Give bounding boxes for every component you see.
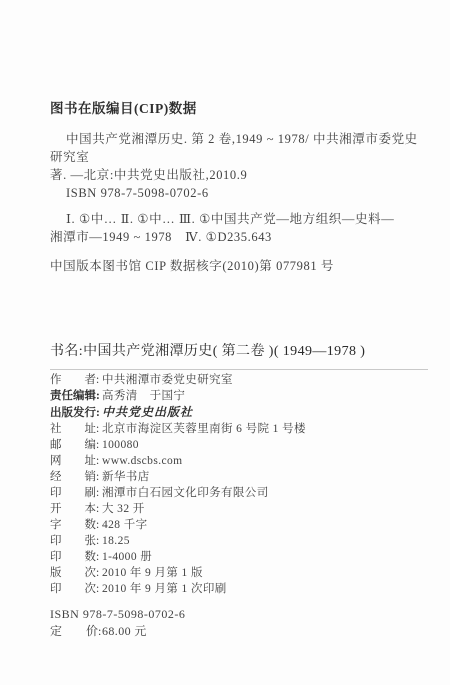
info-value: 2010 年 9 月第 1 版 [102,567,203,579]
info-value: 大 32 开 [102,503,145,515]
publisher-logotype: 中共党史出版社 [102,405,193,419]
info-row-impression: 印 次:2010 年 9 月第 1 次印刷 [50,581,428,597]
info-value: 100080 [102,439,139,451]
cip-isbn-line: ISBN 978-7-5098-0702-6 [50,184,426,202]
copyright-page: 图书在版编目(CIP)数据 中国共产党湘潭历史. 第 2 卷,1949 ~ 19… [0,0,450,685]
book-title-value: 中国共产党湘潭历史( 第二卷 )( 1949—1978 ) [83,344,365,359]
info-label: 出版发行: [50,405,102,421]
info-label: 印 刷: [50,485,102,501]
info-label: 版 次: [50,565,102,581]
info-label: 邮 编: [50,437,102,453]
info-label: 开 本: [50,501,102,517]
info-label: 字 数: [50,517,102,533]
website-url: www.dscbs.com [102,455,182,467]
cip-heading: 图书在版编目(CIP)数据 [50,97,426,117]
price-row: 定 价:68.00 元 [50,623,428,640]
info-value: 新华书店 [102,471,150,483]
book-title-label: 书名: [50,344,83,359]
isbn-line: ISBN 978-7-5098-0702-6 [50,606,428,623]
info-value: 中共湘潭市委党史研究室 [102,374,233,386]
isbn-price-block: ISBN 978-7-5098-0702-6 定 价:68.00 元 [50,606,428,640]
info-value: 高秀清 于国宁 [102,390,185,402]
cip-bibliography: 中国共产党湘潭历史. 第 2 卷,1949 ~ 1978/ 中共湘潭市委党史研究… [50,130,426,202]
info-row-website: 网 址:www.dscbs.com [50,453,428,469]
info-value: 北京市海淀区芙蓉里南街 6 号院 1 号楼 [102,423,306,435]
info-label: 社 址: [50,421,102,437]
cip-biblio-line: 著. —北京:中共党史出版社,2010.9 [50,166,426,184]
info-label: 印 张: [50,533,102,549]
info-value: 18.25 [102,535,130,547]
info-label: 网 址: [50,453,102,469]
info-row-sheets: 印 张:18.25 [50,533,428,549]
cip-biblio-line: 中国共产党湘潭历史. 第 2 卷,1949 ~ 1978/ 中共湘潭市委党史研究… [50,130,426,166]
info-row-printer: 印 刷:湘潭市白石园文化印务有限公司 [50,485,428,501]
cip-data-block: 图书在版编目(CIP)数据 中国共产党湘潭历史. 第 2 卷,1949 ~ 19… [50,97,426,274]
price-value: 68.00 元 [102,624,147,638]
info-row-editor: 责任编辑:高秀清 于国宁 [50,388,428,404]
book-title-block: 书名:中国共产党湘潭历史( 第二卷 )( 1949—1978 ) [50,340,428,370]
info-label: 印 次: [50,581,102,597]
info-row-wordcount: 字 数:428 千字 [50,517,428,533]
info-row-printrun: 印 数:1-4000 册 [50,549,428,565]
info-value: 湘潭市白石园文化印务有限公司 [102,487,269,499]
info-label: 责任编辑: [50,388,102,404]
info-label: 印 数: [50,549,102,565]
cip-class-line: Ⅰ. ①中… Ⅱ. ①中… Ⅲ. ①中国共产党—地方组织—史料— [50,210,426,228]
info-row-author: 作 者:中共湘潭市委党史研究室 [50,372,428,388]
cip-classification: Ⅰ. ①中… Ⅱ. ①中… Ⅲ. ①中国共产党—地方组织—史料— 湘潭市—194… [50,210,426,246]
info-value: 2010 年 9 月第 1 次印刷 [102,583,227,595]
cip-class-line: 湘潭市—1949 ~ 1978 Ⅳ. ①D235.643 [50,228,426,246]
price-label: 定 价: [50,623,102,640]
cip-record-number: 中国版本图书馆 CIP 数据核字(2010)第 077981 号 [50,256,426,274]
info-row-publisher: 出版发行:中共党史出版社 [50,404,428,421]
info-row-format: 开 本:大 32 开 [50,501,428,517]
info-row-address: 社 址:北京市海淀区芙蓉里南街 6 号院 1 号楼 [50,421,428,437]
info-value: 428 千字 [102,519,148,531]
info-value: 1-4000 册 [102,551,152,563]
book-title-line: 书名:中国共产党湘潭历史( 第二卷 )( 1949—1978 ) [50,340,428,360]
info-row-postcode: 邮 编:100080 [50,437,428,453]
info-label: 作 者: [50,372,102,388]
info-row-distributor: 经 销:新华书店 [50,469,428,485]
info-label: 经 销: [50,469,102,485]
info-row-edition: 版 次:2010 年 9 月第 1 版 [50,565,428,581]
publication-info-list: 作 者:中共湘潭市委党史研究室 责任编辑:高秀清 于国宁 出版发行:中共党史出版… [50,372,428,597]
